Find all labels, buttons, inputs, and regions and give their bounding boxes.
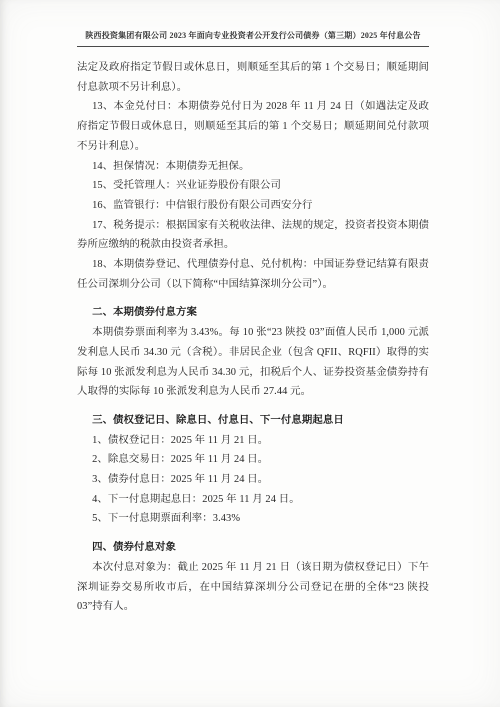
paragraph-continuation: 法定及政府指定节假日或休息日，则顺延至其后的第 1 个交易日；顺延期间付息款项不…: [77, 58, 429, 97]
key-date-next-coupon-rate: 5、下一付息期票面利率：3.43%: [77, 509, 429, 529]
paragraph-item-17: 17、税务提示：根据国家有关税收法律、法规的规定，投资者投资本期债券所应缴纳的税…: [77, 216, 429, 255]
section-payment-target-heading: 四、债券付息对象: [77, 529, 429, 558]
paragraph-item-16: 16、监管银行：中信银行股份有限公司西安分行: [77, 196, 429, 216]
section-payment-plan-paragraph: 本期债券票面利率为 3.43%。每 10 张“23 陕投 03”面值人民币 1,…: [77, 323, 429, 402]
key-date-next-period-start: 4、下一付息期起息日：2025 年 11 月 24 日。: [77, 490, 429, 510]
key-date-record-date: 1、债权登记日：2025 年 11 月 21 日。: [77, 431, 429, 451]
document-body: 法定及政府指定节假日或休息日，则顺延至其后的第 1 个交易日；顺延期间付息款项不…: [77, 58, 429, 617]
document-page: 陕西投资集团有限公司 2023 年面向专业投资者公开发行公司债券（第三期）202…: [0, 0, 500, 707]
section-key-dates-heading: 三、债权登记日、除息日、付息日、下一付息期起息日: [77, 402, 429, 431]
paragraph-item-13: 13、本金兑付日：本期债券兑付日为 2028 年 11 月 24 日（如遇法定及…: [77, 97, 429, 156]
section-payment-plan-heading: 二、本期债券付息方案: [77, 294, 429, 323]
key-date-ex-interest-date: 2、除息交易日：2025 年 11 月 24 日。: [77, 450, 429, 470]
section-payment-target-paragraph: 本次付息对象为：截止 2025 年 11 月 21 日（该日期为债权登记日）下午…: [77, 558, 429, 617]
document-header-title: 陕西投资集团有限公司 2023 年面向专业投资者公开发行公司债券（第三期）202…: [77, 30, 429, 47]
paragraph-item-15: 15、受托管理人：兴业证券股份有限公司: [77, 176, 429, 196]
paragraph-item-18: 18、本期债券登记、代理债券付息、兑付机构：中国证券登记结算有限责任公司深圳分公…: [77, 255, 429, 294]
key-date-payment-date: 3、债券付息日：2025 年 11 月 24 日。: [77, 470, 429, 490]
paragraph-item-14: 14、担保情况：本期债券无担保。: [77, 157, 429, 177]
